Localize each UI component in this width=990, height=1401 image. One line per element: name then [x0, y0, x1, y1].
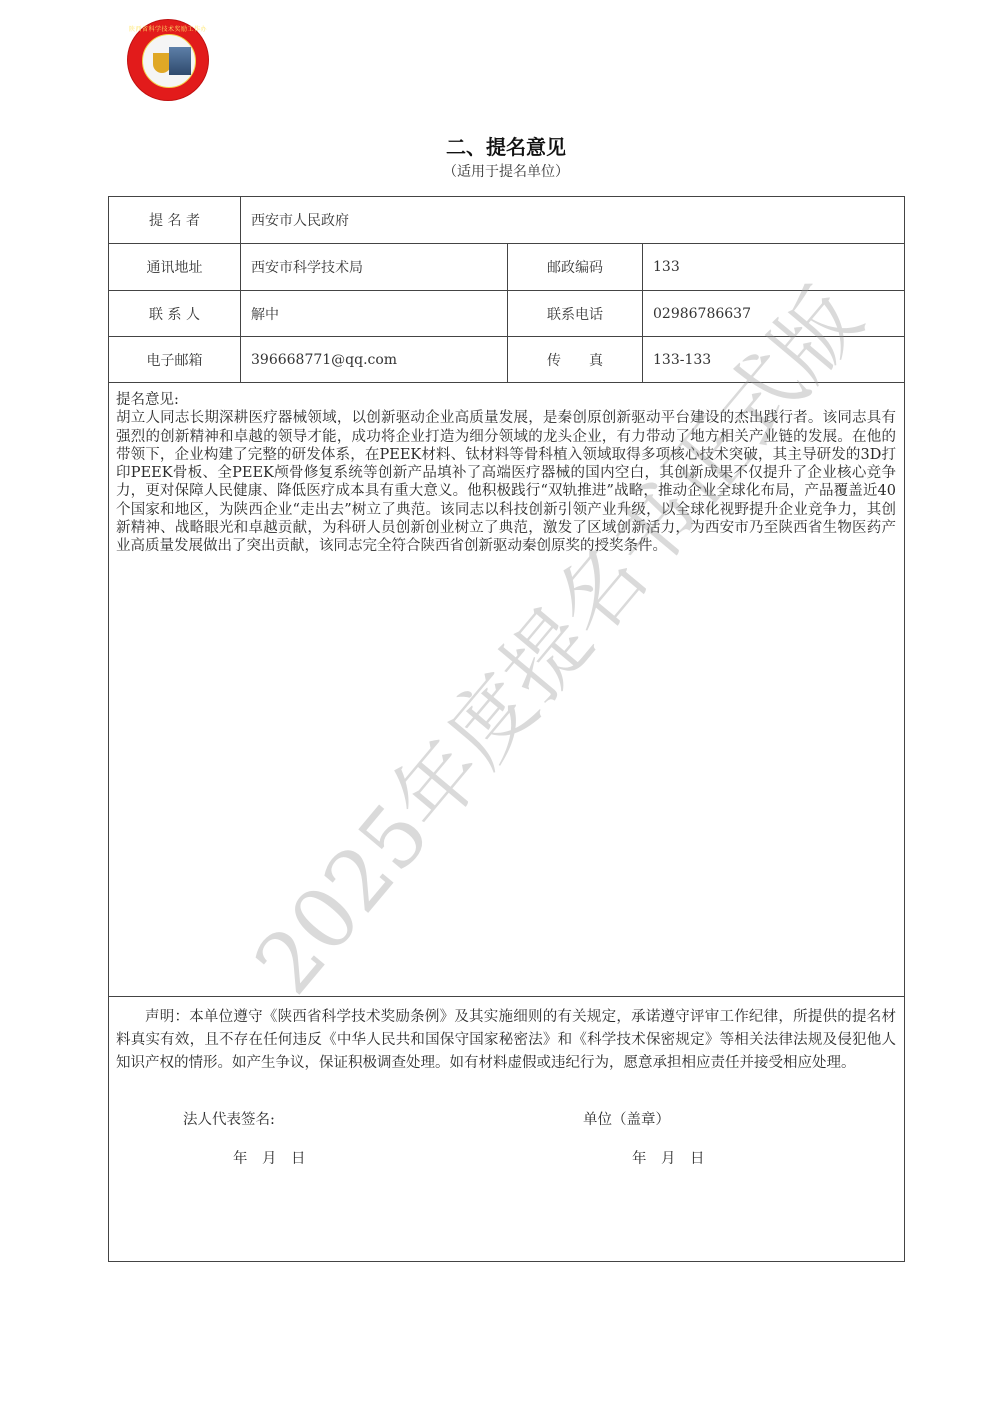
phone-label: 联系电话 [507, 291, 642, 336]
opinion-body: 胡立人同志长期深耕医疗器械领域，以创新驱动企业高质量发展，是秦创原创新驱动平台建… [116, 410, 896, 554]
page-title: 二、提名意见 [0, 131, 990, 160]
postcode-value: 133 [642, 244, 906, 290]
unit-seal-label: 单位（盖章） [583, 1108, 670, 1129]
nominator-label: 提 名 者 [109, 197, 240, 243]
row-address: 通讯地址 西安市科学技术局 邮政编码 133 [109, 244, 904, 291]
declaration-text: 声明：本单位遵守《陕西省科学技术奖励条例》及其实施细则的有关规定，承诺遵守评审工… [109, 997, 904, 1075]
nomination-opinion-section: 提名意见: 胡立人同志长期深耕医疗器械领域，以创新驱动企业高质量发展，是秦创原创… [109, 383, 904, 997]
legal-rep-signature-label: 法人代表签名: [183, 1108, 275, 1129]
row-email: 电子邮箱 396668771@qq.com 传 真 133-133 [109, 337, 904, 383]
date-left: 年 月 日 [233, 1147, 306, 1168]
address-label: 通讯地址 [109, 244, 240, 290]
address-value: 西安市科学技术局 [240, 244, 507, 290]
row-contact: 联 系 人 解中 联系电话 02986786637 [109, 291, 904, 337]
email-label: 电子邮箱 [109, 337, 240, 382]
contact-label: 联 系 人 [109, 291, 240, 336]
org-seal-logo-icon: 陕西省科学技术奖励工作办公室 [128, 20, 208, 100]
nominator-value: 西安市人民政府 [240, 197, 906, 243]
nomination-form: 提 名 者 西安市人民政府 通讯地址 西安市科学技术局 邮政编码 133 联 系… [108, 196, 905, 1262]
phone-value: 02986786637 [642, 291, 906, 336]
date-right: 年 月 日 [632, 1147, 705, 1168]
contact-value: 解中 [240, 291, 507, 336]
page-subtitle: （适用于提名单位） [0, 161, 990, 181]
opinion-heading: 提名意见: [116, 391, 896, 409]
fax-label: 传 真 [507, 337, 642, 382]
seal-emblem [142, 34, 196, 88]
building-icon [169, 47, 191, 75]
fax-value: 133-133 [642, 337, 906, 382]
email-value: 396668771@qq.com [240, 337, 507, 382]
row-nominator: 提 名 者 西安市人民政府 [109, 197, 904, 244]
postcode-label: 邮政编码 [507, 244, 642, 290]
